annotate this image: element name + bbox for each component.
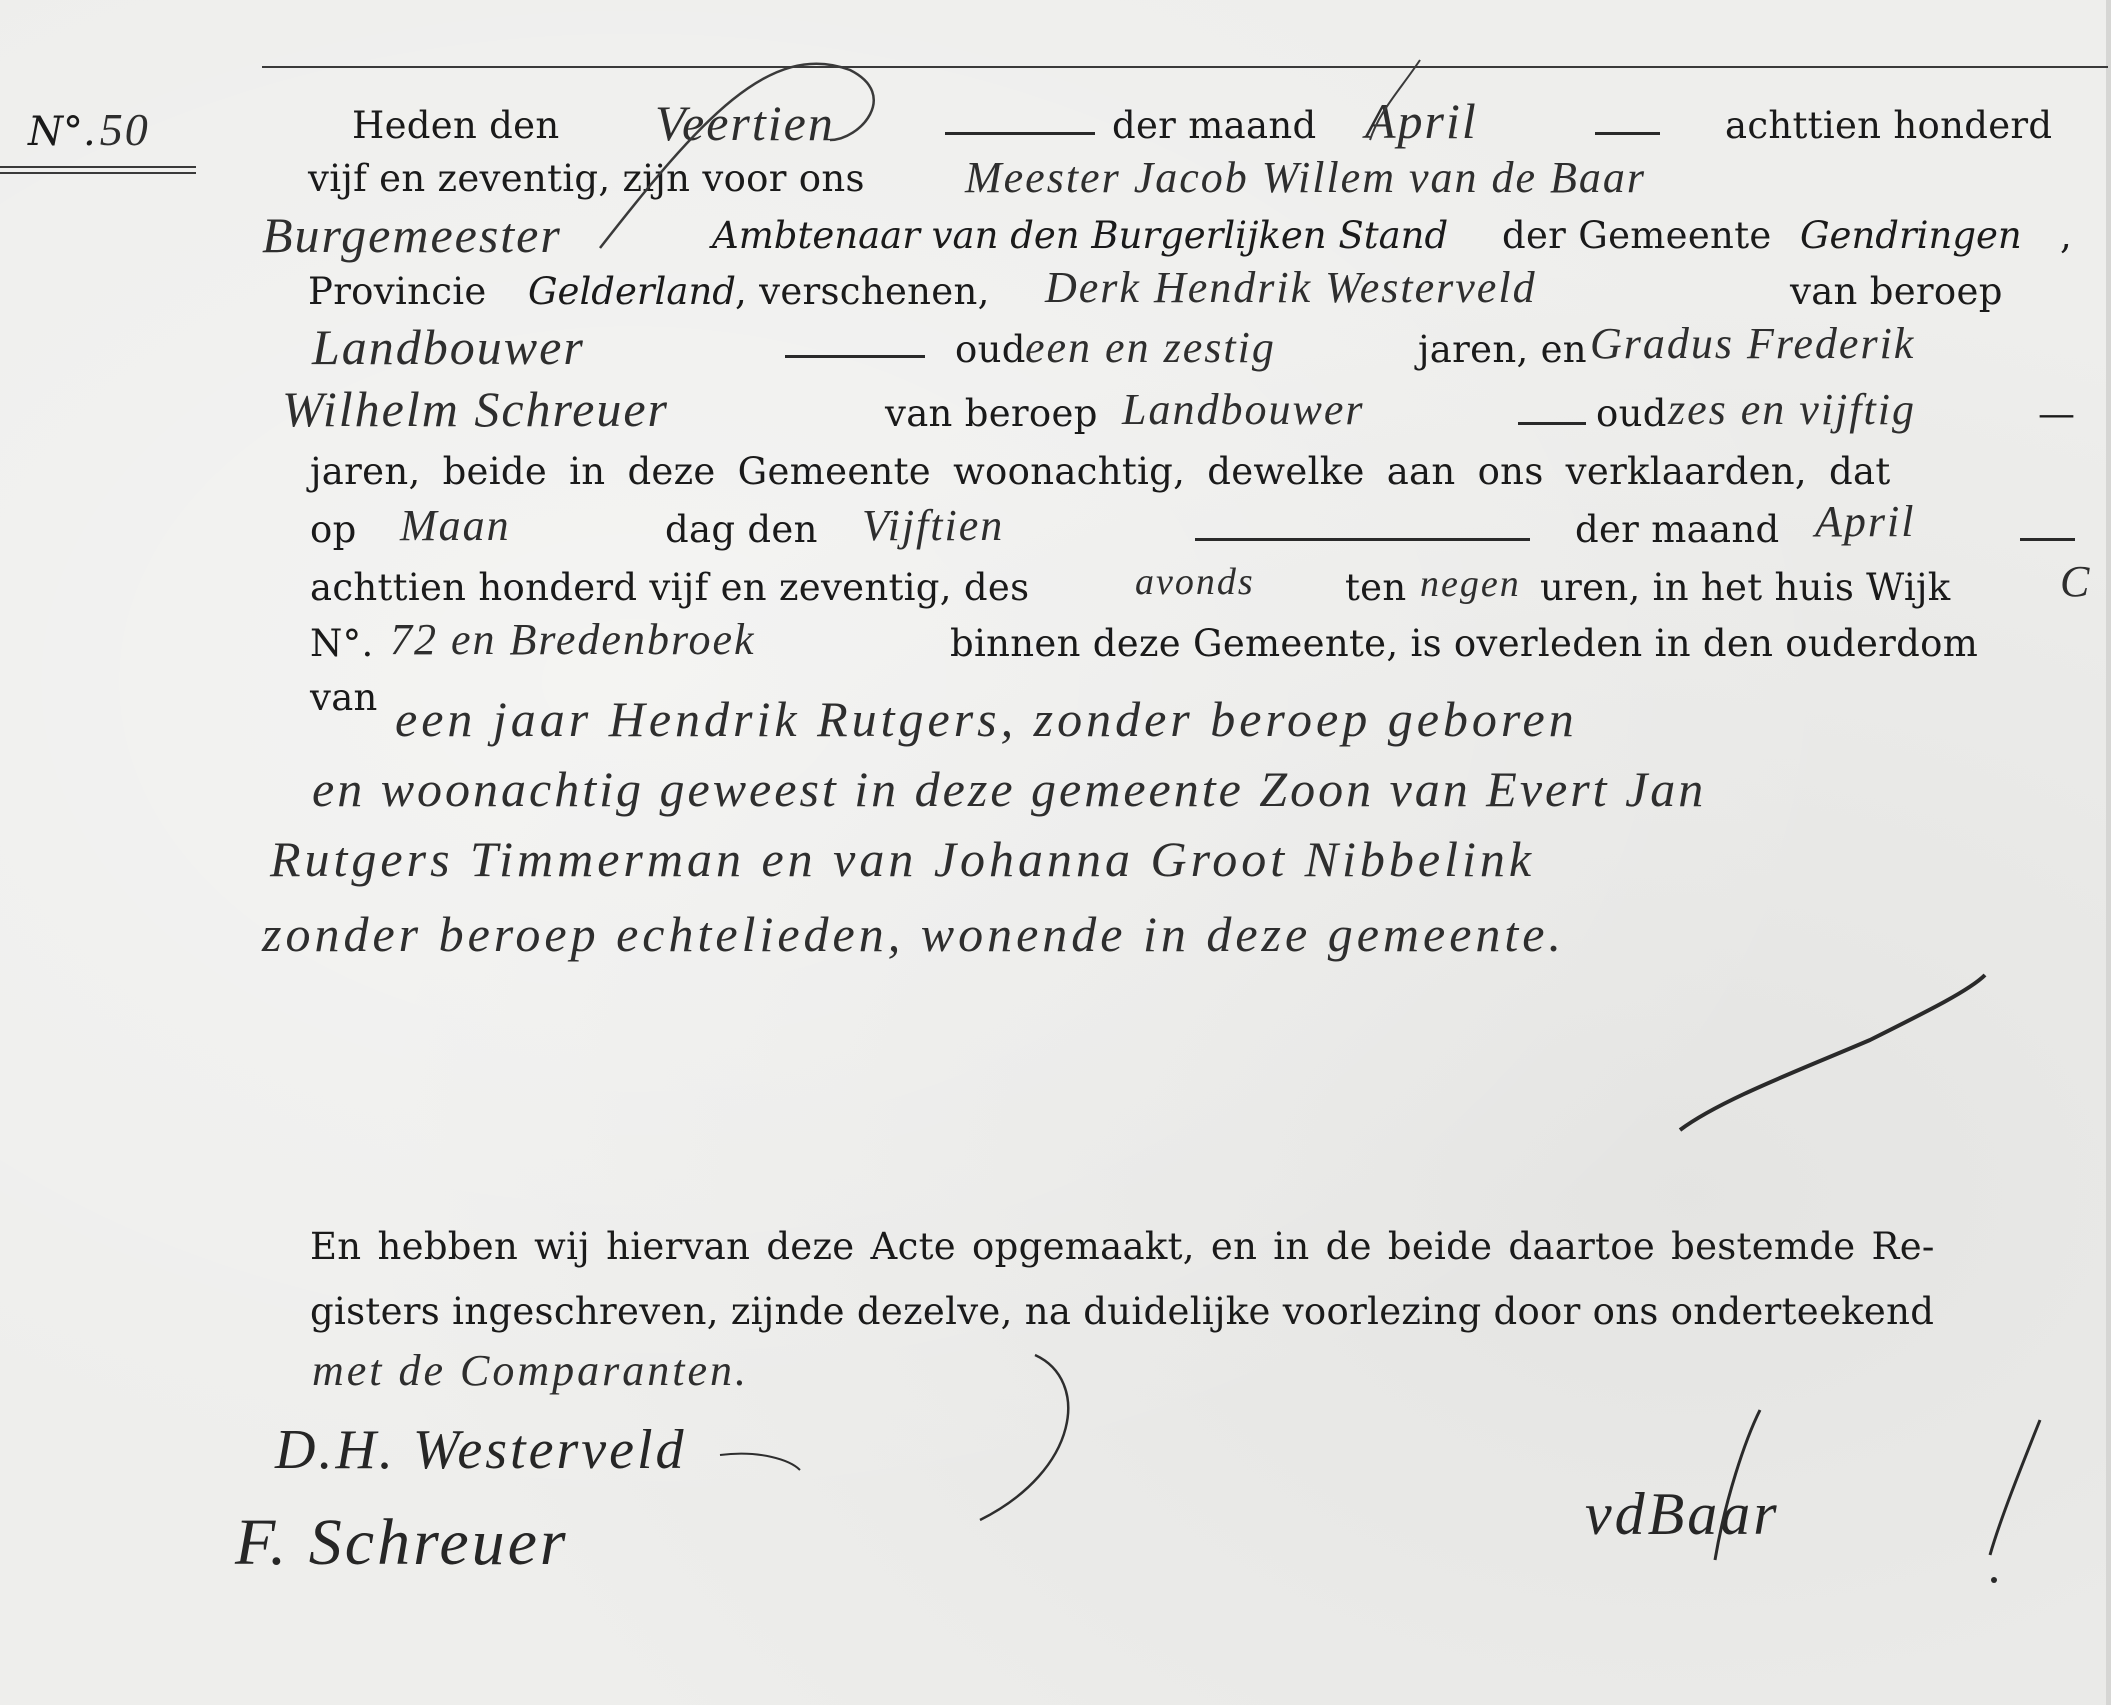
line9-hour: negen	[1420, 562, 1521, 606]
line2-official-name: Meester Jacob Willem van de Baar	[965, 152, 1646, 203]
closing-line1: En hebben wij hiervan deze Acte opgemaak…	[310, 1225, 1935, 1268]
line6-van-beroep: van beroep	[885, 392, 1098, 435]
line9-uren-huis-wijk: uren, in het huis Wijk	[1540, 566, 1951, 609]
line1-der-maand: der maand	[1112, 104, 1316, 147]
line8-blank-1	[1195, 538, 1530, 541]
line4-gelderland: Gelderland	[528, 270, 736, 313]
top-rule	[262, 66, 2108, 68]
line9-ten: ten	[1345, 566, 1407, 609]
line4-verschenen: , verschenen,	[735, 270, 990, 313]
line8-month: April	[1815, 496, 1915, 547]
line9-wijk-letter: C	[2060, 556, 2091, 607]
line8-blank-2	[2020, 538, 2075, 541]
line6-blank	[1518, 422, 1586, 425]
line7-printed: jaren, beide in deze Gemeente woonachtig…	[310, 450, 1891, 493]
line5-oud: oud	[955, 328, 1026, 371]
line3-ambtenaar: Ambtenaar van den Burgerlijken Stand	[712, 214, 1448, 257]
line8-day: Vijftien	[862, 500, 1004, 551]
closing-handwritten: met de Comparanten.	[312, 1345, 749, 1396]
line9-printed-date: achttien honderd vijf en zeventig, des	[310, 566, 1029, 609]
line5-declarant2-firstnames: Gradus Frederik	[1590, 318, 1915, 369]
line1-heden-den: Heden den	[352, 104, 559, 147]
line6-occupation2: Landbouwer	[1122, 384, 1364, 435]
line10-no-label: N°.	[310, 622, 374, 665]
record-number-value: 50	[100, 104, 150, 155]
line14-parents-status: zonder beroep echtelieden, wonende in de…	[262, 905, 1565, 963]
closing-line2: gisters ingeschreven, zijnde dezelve, na…	[310, 1290, 1934, 1333]
line6-age2: zes en vijftig	[1668, 384, 1916, 435]
line10-house-location: 72 en Bredenbroek	[390, 614, 756, 665]
line8-dag-den: dag den	[665, 508, 818, 551]
line5-blank	[785, 355, 925, 358]
line3-der-gemeente: der Gemeente	[1502, 214, 1772, 257]
line5-jaren-en: jaren, en	[1418, 328, 1587, 371]
record-number-label: N°.	[28, 109, 96, 155]
line2-printed: vijf en zeventig, zijn voor ons	[308, 157, 865, 200]
line3-comma: ,	[2060, 214, 2072, 257]
line8-op: op	[310, 508, 357, 551]
signature-witness-schreuer: F. Schreuer	[235, 1505, 569, 1581]
line11-deceased: een jaar Hendrik Rutgers, zonder beroep …	[395, 690, 1578, 748]
line1-blank-1	[945, 132, 1095, 135]
line11-van: van	[310, 676, 378, 719]
line6-dash: —	[2038, 392, 2075, 435]
line4-provincie: Provincie	[308, 270, 487, 313]
line10-printed: binnen deze Gemeente, is overleden in de…	[950, 622, 1978, 665]
signature-witness-westerveld: D.H. Westerveld	[275, 1418, 687, 1482]
line8-weekday: Maan	[400, 500, 511, 551]
line9-time-of-day: avonds	[1135, 560, 1255, 604]
line4-van-beroep: van beroep	[1790, 270, 2003, 313]
record-number: N°. 50	[28, 103, 150, 156]
line1-blank-2	[1595, 132, 1660, 135]
line13-parents: Rutgers Timmerman en van Johanna Groot N…	[270, 830, 1535, 888]
line4-declarant1-name: Derk Hendrik Westerveld	[1045, 262, 1537, 313]
line5-age1: een en zestig	[1025, 322, 1276, 373]
line3-gendringen: Gendringen	[1800, 214, 2022, 257]
line1-day-handwritten: Veertien	[655, 94, 835, 152]
signature-official-vdbaar: vdBaar	[1585, 1480, 1780, 1549]
record-number-double-rule-top	[0, 166, 196, 168]
page-edge	[2106, 0, 2111, 1705]
line1-month-handwritten: April	[1365, 92, 1478, 150]
line1-achttien-honderd: achttien honderd	[1725, 104, 2052, 147]
line6-declarant2-surname: Wilhelm Schreuer	[282, 380, 669, 438]
death-record-page: N°. 50 Heden den Veertien der maand Apri…	[0, 0, 2111, 1705]
line5-occupation1: Landbouwer	[312, 318, 585, 376]
line8-der-maand: der maand	[1575, 508, 1779, 551]
line3-burgemeester: Burgemeester	[262, 206, 562, 264]
line12-residence-father: en woonachtig geweest in deze gemeente Z…	[312, 760, 1706, 818]
record-number-double-rule-bottom	[0, 172, 196, 174]
line6-oud: oud	[1596, 392, 1667, 435]
